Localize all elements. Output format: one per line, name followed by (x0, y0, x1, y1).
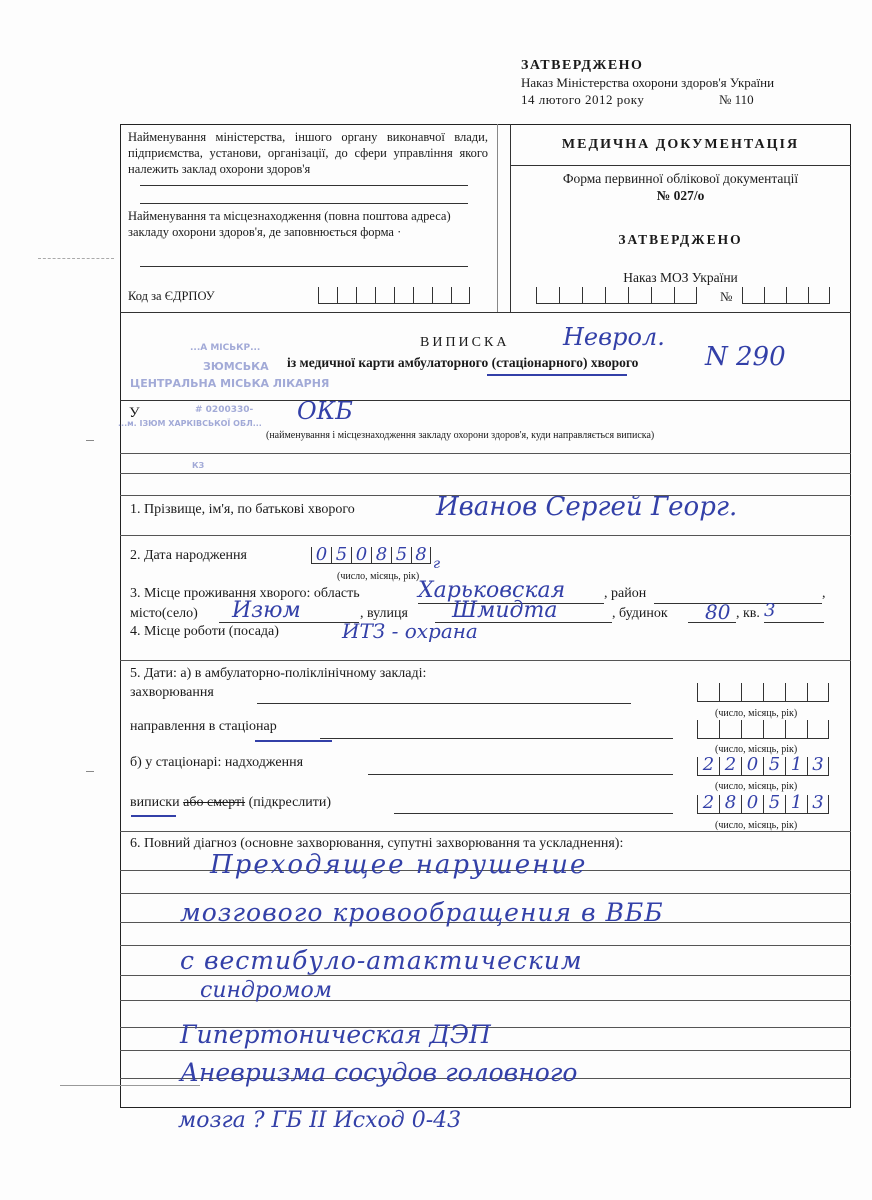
moz-no-sign: № (720, 289, 732, 305)
scan-mark (86, 437, 94, 441)
referral-label: направлення в стаціонар (130, 719, 277, 735)
diagnosis-line-2[interactable]: мозгового кровообращения в ВББ (180, 898, 664, 927)
admission-digit: 2 (725, 754, 736, 775)
name-value[interactable]: Иванов Сергей Георг. (436, 492, 737, 522)
discharge-label: виписки або смерті (підкреслити) (130, 795, 331, 811)
stamp-line-4: # 0200330- (195, 405, 253, 415)
stamp-line-6: КЗ (192, 461, 204, 470)
dob-digit: 0 (356, 544, 367, 565)
city-fill-line (219, 622, 359, 623)
doc-type-divider (510, 165, 851, 166)
name-line-bottom (120, 535, 851, 536)
dob-digit: 8 (376, 544, 387, 565)
form-line1: Форма первинної облікової документації (510, 171, 851, 187)
moz-order-label: Наказ МОЗ України (510, 270, 851, 286)
dob-digit: 0 (316, 544, 327, 565)
diagnosis-rule (120, 975, 851, 976)
diagnosis-line-5[interactable]: Гипертоническая ДЭП (180, 1020, 491, 1049)
approval-title: ЗАТВЕРДЖЕНО (521, 58, 643, 74)
referral-date-cells[interactable] (697, 720, 829, 739)
extract-subtitle: із медичної карти амбулаторного (стаціон… (287, 355, 638, 371)
city-value[interactable]: Изюм (232, 598, 301, 623)
district-label: , район (604, 586, 646, 602)
facility-label: Найменування та місцезнаходження (повна … (128, 208, 468, 240)
doc-type-title: МЕДИЧНА ДОКУМЕНТАЦІЯ (510, 137, 851, 153)
dob-suffix: г (433, 556, 440, 572)
to-line-2 (120, 453, 851, 454)
discharge-fill-line[interactable] (394, 813, 673, 814)
discharge-digit: 0 (747, 792, 758, 813)
diagnosis-overflow: мозга ? ГБ II Исход 0-43 (178, 1108, 461, 1133)
facility-fill-line[interactable] (140, 266, 468, 267)
district-comma: , (822, 586, 826, 602)
discharge-word: виписки (130, 795, 180, 810)
extract-title: ВИПИСКА (420, 335, 509, 351)
diagnosis-rule (120, 1050, 851, 1051)
dob-label: 2. Дата народження (130, 548, 247, 564)
dob-digit: 8 (415, 544, 426, 565)
discharge-digit: 3 (812, 792, 823, 813)
house-label: , будинок (612, 606, 668, 622)
margin-rule (60, 1085, 200, 1086)
diagnosis-line-6[interactable]: Аневризма сосудов головного (180, 1058, 577, 1087)
approved-title-right: ЗАТВЕРДЖЕНО (510, 232, 851, 248)
moz-order-date-cells[interactable] (536, 287, 697, 304)
discharge-date-cells[interactable]: 2 8 0 5 1 3 (697, 795, 829, 814)
dates-line-top (120, 660, 851, 661)
illness-label: захворювання (130, 685, 214, 701)
city-label: місто(село) (130, 606, 198, 622)
apt-label: , кв. (736, 606, 760, 622)
to-caption: (найменування і місцезнаходження закладу… (266, 428, 654, 444)
dates-label: 5. Дати: а) в амбулаторно-поліклінічному… (130, 666, 426, 682)
house-fill-line (688, 622, 736, 623)
dob-digit: 5 (396, 544, 407, 565)
scan-mark (86, 768, 94, 772)
district-fill-line[interactable] (654, 603, 822, 604)
stamp-line-2: ЗЮМСЬКА (203, 360, 269, 373)
illness-fill-line[interactable] (257, 703, 631, 704)
name-label: 1. Прізвище, ім'я, по батькові хворого (130, 502, 355, 518)
dob-cells[interactable]: 0 5 0 8 5 8 (311, 547, 431, 564)
approval-number: № 110 (719, 92, 754, 108)
ministry-label: Найменування міністерства, іншого органу… (128, 129, 488, 177)
diagnosis-line-4[interactable]: синдромом (200, 978, 332, 1003)
admission-digit: 1 (791, 754, 802, 775)
handwritten-department: Неврол. (563, 323, 665, 351)
diagnosis-rule (120, 893, 851, 894)
to-value[interactable]: ОКБ (297, 397, 353, 425)
header-divider-inner (497, 124, 498, 312)
referral-fill-line[interactable] (320, 738, 673, 739)
discharge-digit: 2 (703, 792, 714, 813)
apt-fill-line (764, 622, 824, 623)
discharge-digit: 8 (725, 792, 736, 813)
handwritten-card-number: N 290 (705, 342, 786, 372)
stationary-underline (487, 374, 627, 376)
illness-date-cells[interactable] (697, 683, 829, 702)
to-line-3 (120, 473, 851, 474)
to-label: У (129, 405, 140, 421)
apt-value[interactable]: 3 (764, 600, 775, 621)
referral-underline (255, 740, 332, 742)
work-value[interactable]: ИТЗ - охрана (342, 619, 478, 643)
approval-order: Наказ Міністерства охорони здоров'я Укра… (521, 75, 774, 91)
edrpou-label: Код за ЄДРПОУ (128, 288, 215, 304)
scan-mark (38, 258, 114, 259)
header-bottom-line (120, 312, 851, 313)
stamp-line-1: ...А МІСЬКР... (190, 343, 260, 353)
edrpou-cells[interactable] (318, 287, 470, 304)
approval-date: 14 лютого 2012 року (521, 92, 644, 108)
ministry-fill-line[interactable] (140, 185, 468, 186)
discharge-underline (131, 815, 176, 817)
discharge-strike: або смерті (183, 795, 245, 810)
dob-caption: (число, місяць, рік) (337, 569, 419, 585)
to-line-top (120, 400, 851, 401)
admission-label: б) у стаціонарі: надходження (130, 755, 303, 771)
discharge-digit: 5 (769, 792, 780, 813)
diagnosis-line-3[interactable]: с вестибуло-атактическим (180, 946, 583, 975)
admission-date-cells[interactable]: 2 2 0 5 1 3 (697, 757, 829, 776)
admission-digit: 2 (703, 754, 714, 775)
diagnosis-line-1[interactable]: Преходящее нарушение (210, 850, 587, 880)
admission-fill-line[interactable] (368, 774, 673, 775)
discharge-suffix: (підкреслити) (249, 795, 332, 810)
admission-digit: 3 (812, 754, 823, 775)
stamp-line-3: ЦЕНТРАЛЬНА МІСЬКА ЛІКАРНЯ (130, 377, 329, 390)
admission-digit: 5 (769, 754, 780, 775)
work-label: 4. Місце роботи (посада) (130, 624, 279, 640)
ministry-fill-line-2[interactable] (140, 203, 468, 204)
house-value[interactable]: 80 (705, 600, 730, 624)
moz-order-no-cells[interactable] (742, 287, 830, 304)
admission-digit: 0 (747, 754, 758, 775)
discharge-digit: 1 (791, 792, 802, 813)
diagnosis-line-top (120, 831, 851, 832)
dob-digit: 5 (336, 544, 347, 565)
form-number: № 027/о (510, 188, 851, 204)
